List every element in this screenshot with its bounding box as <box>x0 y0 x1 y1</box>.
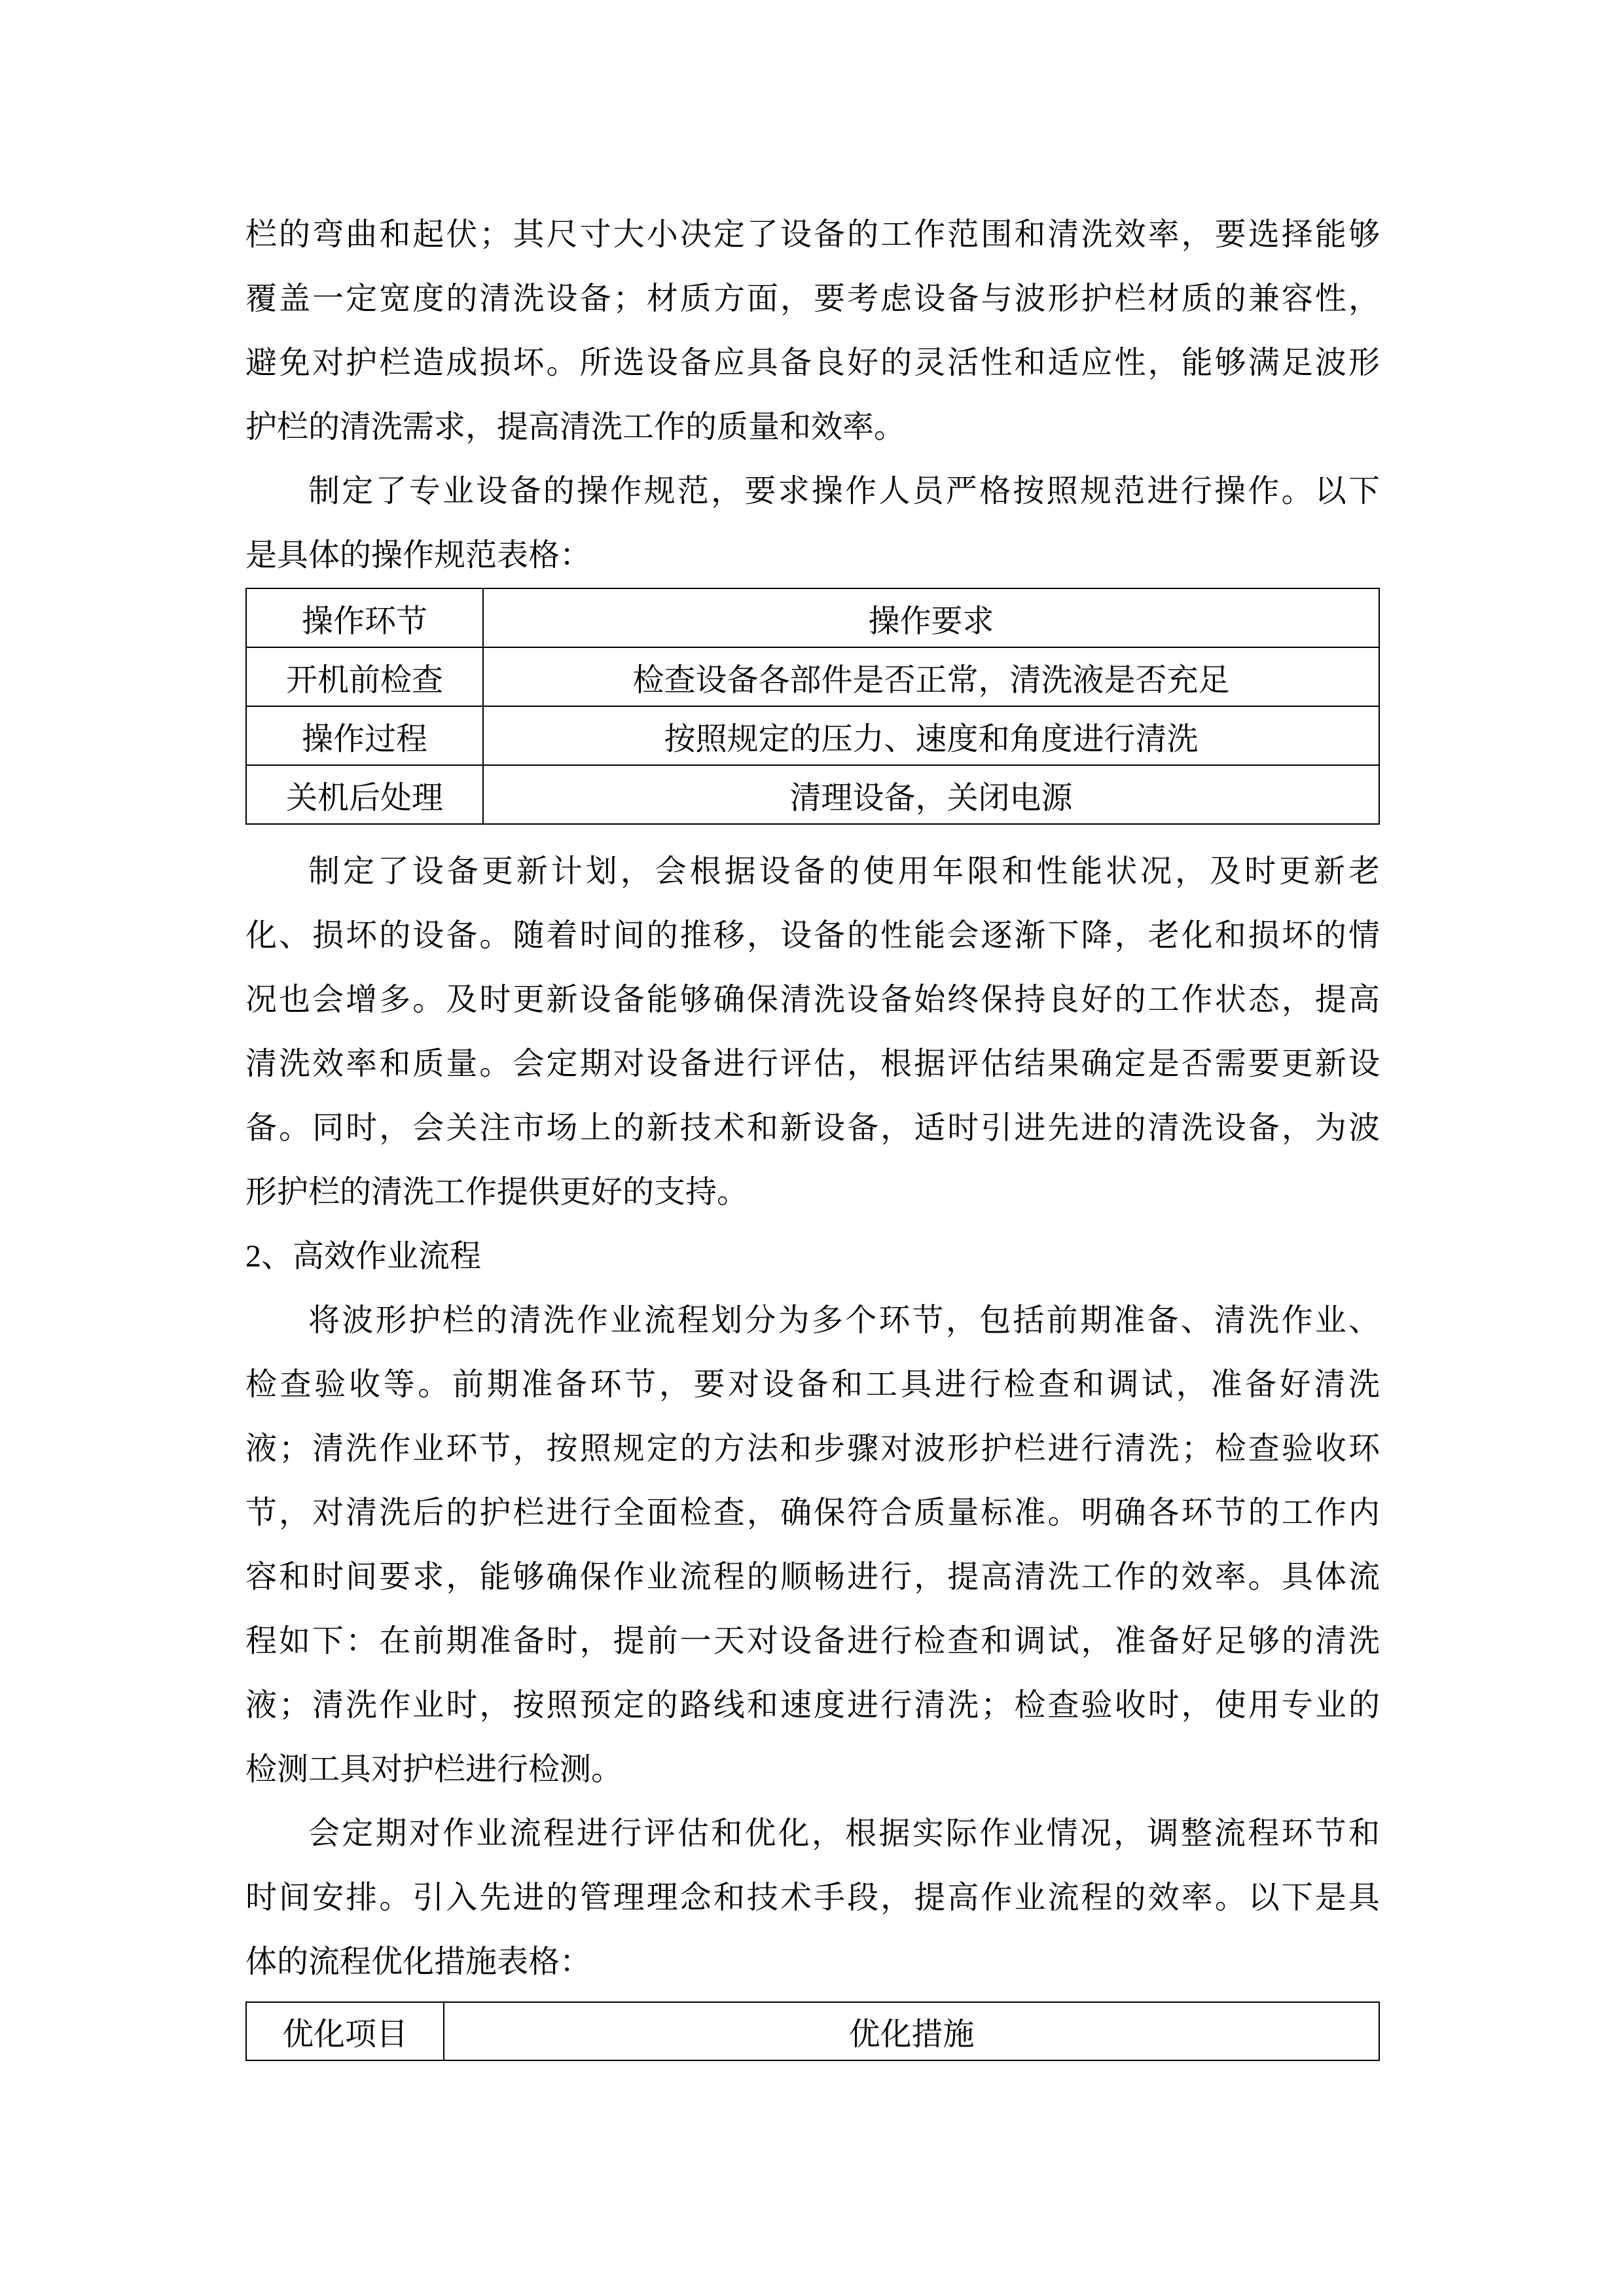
text-line: 覆盖一定宽度的清洗设备；材质方面，要考虑设备与波形护栏材质的兼容性， <box>245 267 1380 331</box>
table-cell: 开机前检查 <box>246 647 483 706</box>
text-line: 程如下：在前期准备时，提前一天对设备进行检查和调试，准备好足够的清洗 <box>245 1609 1380 1674</box>
table-header-row: 优化项目 优化措施 <box>246 2002 1379 2060</box>
optimization-measures-table: 优化项目 优化措施 <box>245 2001 1380 2061</box>
table-cell: 清理设备，关闭电源 <box>483 765 1379 824</box>
paragraph-operation-spec-intro: 制定了专业设备的操作规范，要求操作人员严格按照规范进行操作。以下 是具体的操作规… <box>245 459 1380 588</box>
text-line: 制定了设备更新计划，会根据设备的使用年限和性能状况，及时更新老 <box>245 840 1380 904</box>
text-line: 化、损坏的设备。随着时间的推移，设备的性能会逐渐下降，老化和损坏的情 <box>245 904 1380 968</box>
text-line: 避免对护栏造成损坏。所选设备应具备良好的灵活性和适应性，能够满足波形 <box>245 331 1380 395</box>
table-cell: 操作过程 <box>246 706 483 765</box>
paragraph-equipment-update-plan: 制定了设备更新计划，会根据设备的使用年限和性能状况，及时更新老 化、损坏的设备。… <box>245 840 1380 1225</box>
table-cell: 检查设备各部件是否正常，清洗液是否充足 <box>483 647 1379 706</box>
text-line: 是具体的操作规范表格： <box>245 524 1380 588</box>
text-line: 会定期对作业流程进行评估和优化，根据实际作业情况，调整流程环节和 <box>245 1802 1380 1866</box>
paragraph-equipment-selection: 栏的弯曲和起伏；其尺寸大小决定了设备的工作范围和清洗效率，要选择能够 覆盖一定宽… <box>245 203 1380 459</box>
table-row: 关机后处理 清理设备，关闭电源 <box>246 765 1379 824</box>
text-line: 检查验收等。前期准备环节，要对设备和工具进行检查和调试，准备好清洗 <box>245 1353 1380 1417</box>
text-line: 检测工具对护栏进行检测。 <box>245 1738 1380 1802</box>
text-line: 护栏的清洗需求，提高清洗工作的质量和效率。 <box>245 395 1380 459</box>
table-header-cell: 操作环节 <box>246 588 483 647</box>
text-line: 节，对清洗后的护栏进行全面检查，确保符合质量标准。明确各环节的工作内 <box>245 1481 1380 1545</box>
text-line: 时间安排。引入先进的管理理念和技术手段，提高作业流程的效率。以下是具 <box>245 1866 1380 1930</box>
text-line: 形护栏的清洗工作提供更好的支持。 <box>245 1160 1380 1225</box>
text-line: 栏的弯曲和起伏；其尺寸大小决定了设备的工作范围和清洗效率，要选择能够 <box>245 203 1380 267</box>
page-content: 栏的弯曲和起伏；其尺寸大小决定了设备的工作范围和清洗效率，要选择能够 覆盖一定宽… <box>245 203 1380 2061</box>
text-line: 液；清洗作业环节，按照规定的方法和步骤对波形护栏进行清洗；检查验收环 <box>245 1417 1380 1481</box>
table-row: 开机前检查 检查设备各部件是否正常，清洗液是否充足 <box>246 647 1379 706</box>
text-line: 备。同时，会关注市场上的新技术和新设备，适时引进先进的清洗设备，为波 <box>245 1096 1380 1160</box>
text-line: 将波形护栏的清洗作业流程划分为多个环节，包括前期准备、清洗作业、 <box>245 1289 1380 1353</box>
document-page: 栏的弯曲和起伏；其尺寸大小决定了设备的工作范围和清洗效率，要选择能够 覆盖一定宽… <box>0 0 1624 2296</box>
paragraph-workflow-optimization-intro: 会定期对作业流程进行评估和优化，根据实际作业情况，调整流程环节和 时间安排。引入… <box>245 1802 1380 1994</box>
text-line: 况也会增多。及时更新设备能够确保清洗设备始终保持良好的工作状态，提高 <box>245 968 1380 1032</box>
table-cell: 按照规定的压力、速度和角度进行清洗 <box>483 706 1379 765</box>
text-line: 容和时间要求，能够确保作业流程的顺畅进行，提高清洗工作的效率。具体流 <box>245 1545 1380 1609</box>
table-header-row: 操作环节 操作要求 <box>246 588 1379 647</box>
section-heading-workflow: 2、高效作业流程 <box>245 1225 1380 1289</box>
text-line: 体的流程优化措施表格： <box>245 1930 1380 1994</box>
table-header-cell: 优化措施 <box>444 2002 1379 2060</box>
table-header-cell: 操作要求 <box>483 588 1379 647</box>
text-line: 制定了专业设备的操作规范，要求操作人员严格按照规范进行操作。以下 <box>245 459 1380 524</box>
operation-spec-table: 操作环节 操作要求 开机前检查 检查设备各部件是否正常，清洗液是否充足 操作过程… <box>245 588 1380 825</box>
text-line: 清洗效率和质量。会定期对设备进行评估，根据评估结果确定是否需要更新设 <box>245 1032 1380 1096</box>
table-row: 操作过程 按照规定的压力、速度和角度进行清洗 <box>246 706 1379 765</box>
table-cell: 关机后处理 <box>246 765 483 824</box>
table-header-cell: 优化项目 <box>246 2002 444 2060</box>
text-line: 液；清洗作业时，按照预定的路线和速度进行清洗；检查验收时，使用专业的 <box>245 1674 1380 1738</box>
paragraph-workflow-detail: 将波形护栏的清洗作业流程划分为多个环节，包括前期准备、清洗作业、 检查验收等。前… <box>245 1289 1380 1802</box>
